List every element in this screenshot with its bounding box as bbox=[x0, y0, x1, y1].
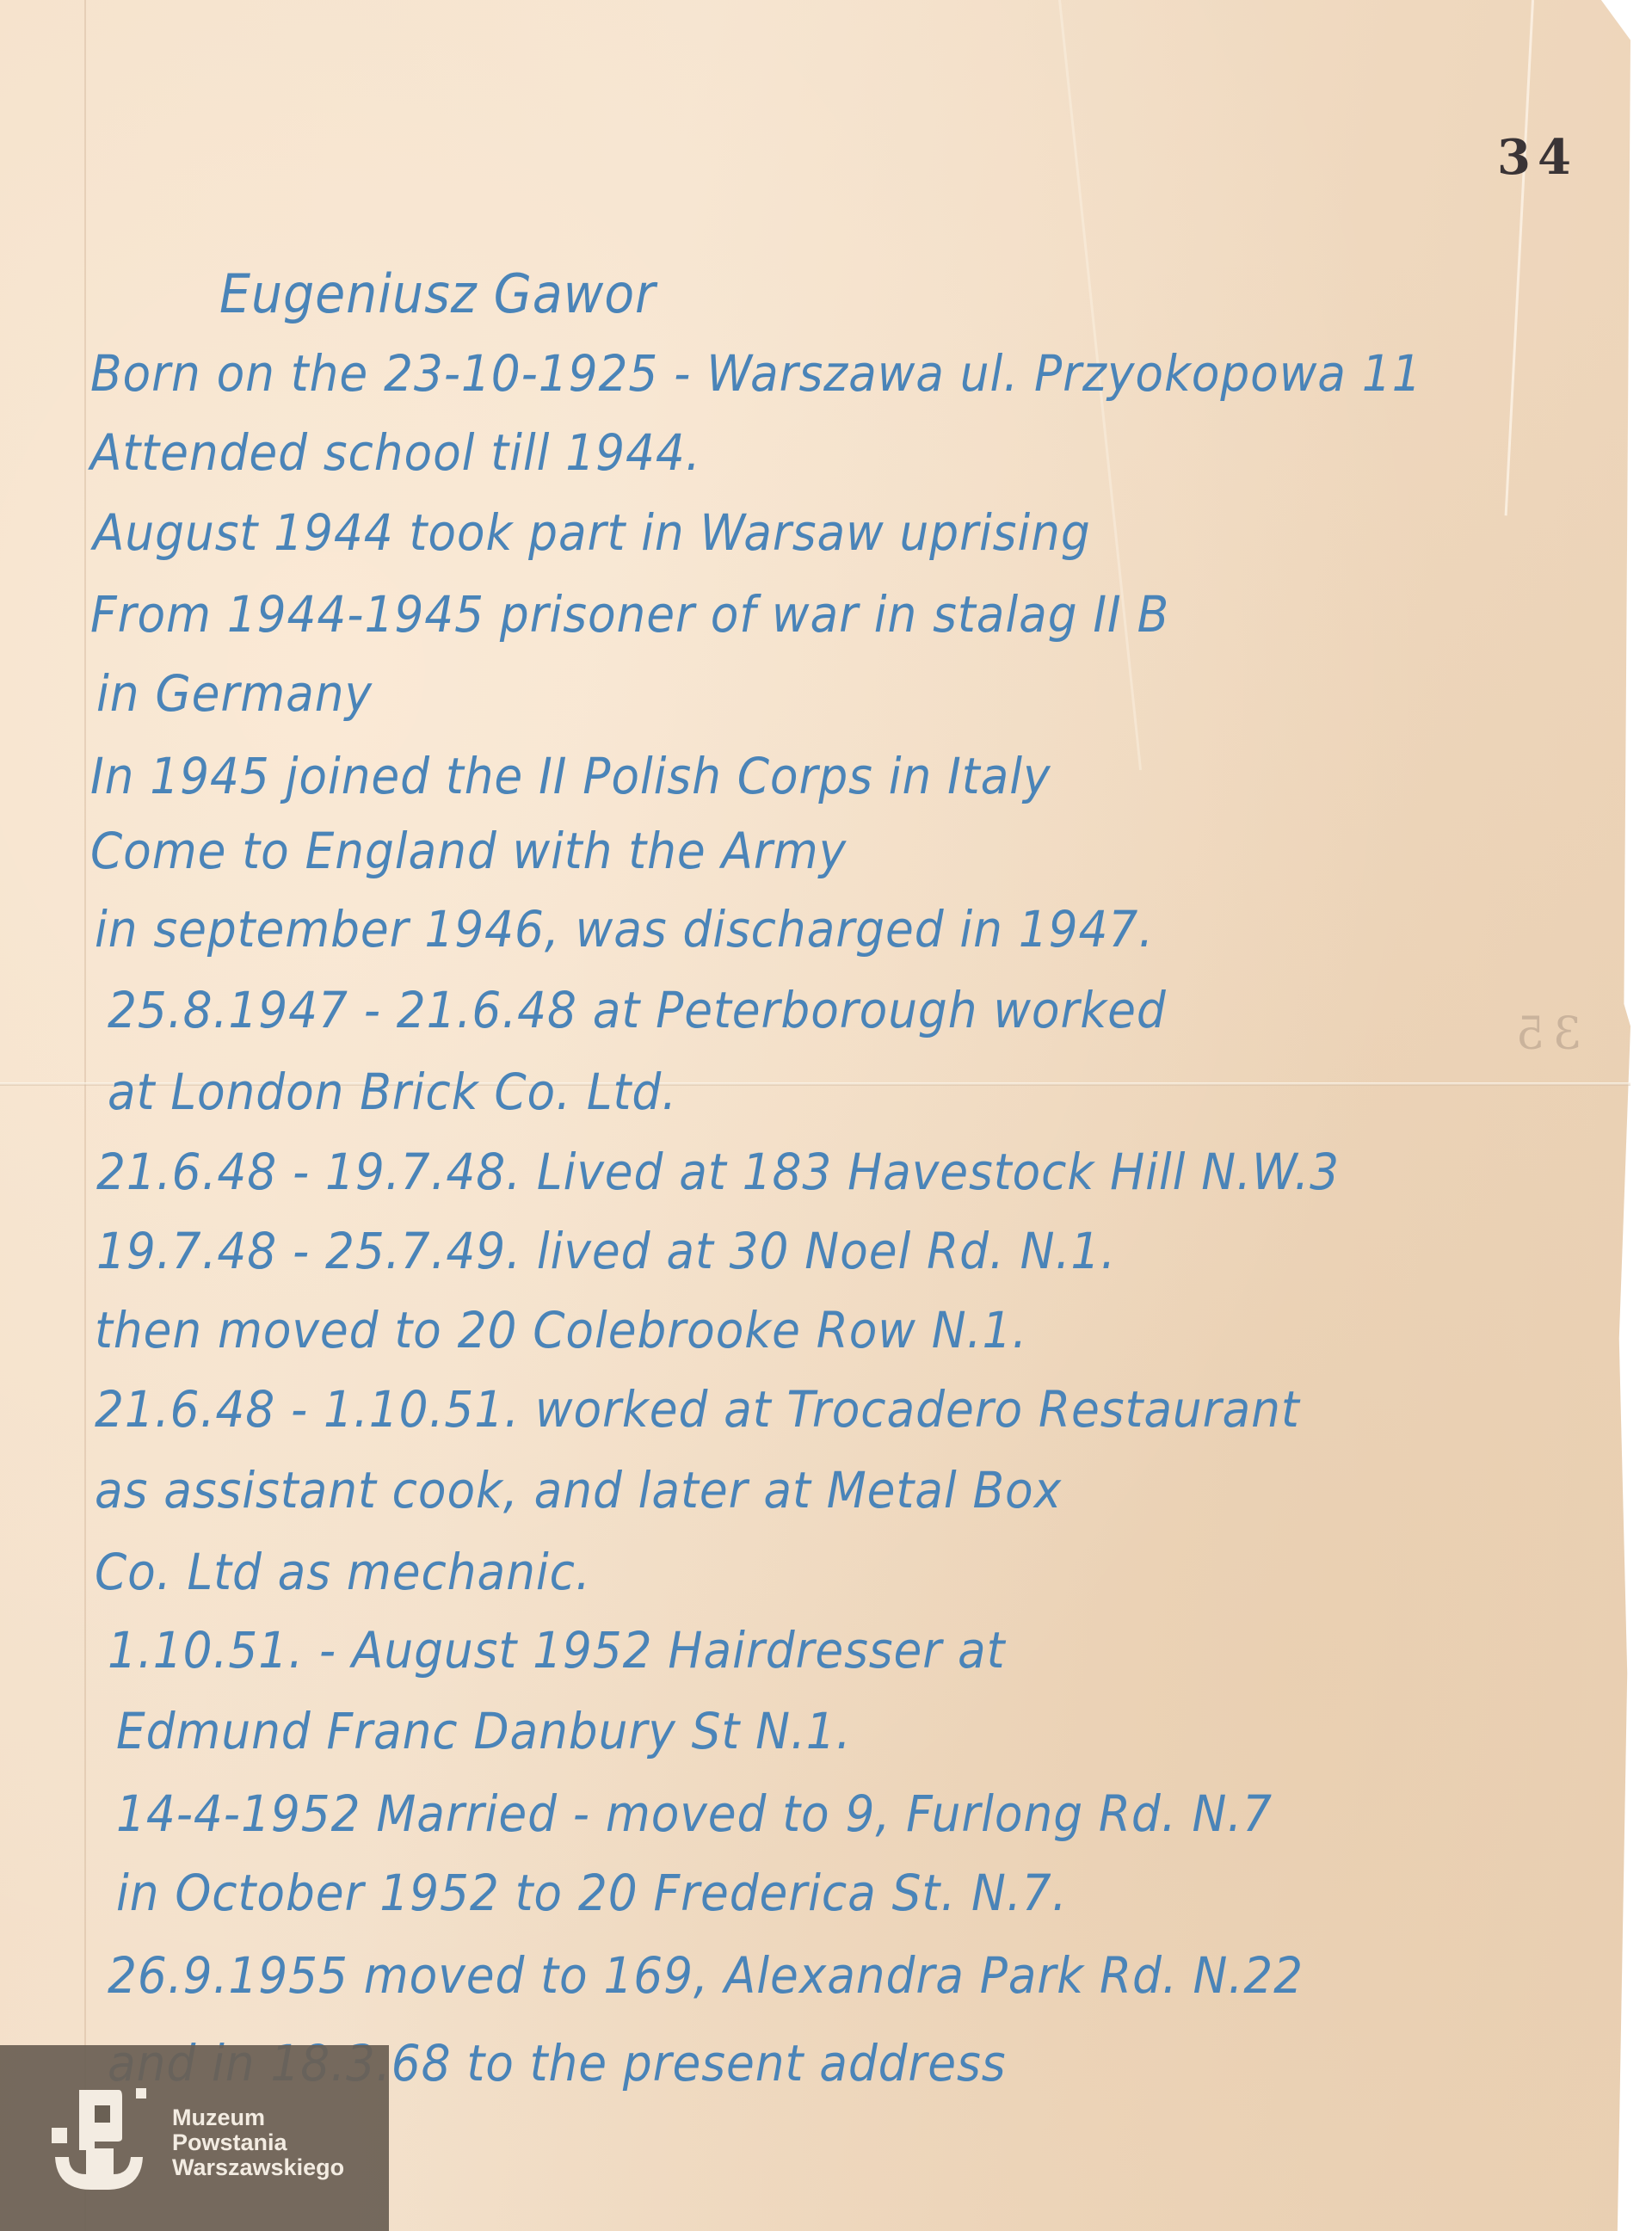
text-line-5: in Germany bbox=[96, 664, 373, 723]
paper-edge-crease bbox=[84, 0, 86, 2231]
text-line-10: at London Brick Co. Ltd. bbox=[108, 1063, 677, 1121]
text-line-11: 21.6.48 - 19.7.48. Lived at 183 Havestoc… bbox=[96, 1143, 1340, 1201]
text-line-15: as assistant cook, and later at Metal Bo… bbox=[95, 1461, 1062, 1519]
text-line-7: Come to England with the Army bbox=[90, 822, 847, 880]
text-line-21: 26.9.1955 moved to 169, Alexandra Park R… bbox=[108, 1946, 1304, 2005]
text-line-9: 25.8.1947 - 21.6.48 at Peterborough work… bbox=[108, 981, 1167, 1039]
text-line-13: then moved to 20 Colebrooke Row N.1. bbox=[95, 1301, 1027, 1359]
text-line-12: 19.7.48 - 25.7.49. lived at 30 Noel Rd. … bbox=[96, 1222, 1116, 1280]
text-line-14: 21.6.48 - 1.10.51. worked at Trocadero R… bbox=[95, 1380, 1300, 1439]
museum-name-line-1: Muzeum bbox=[172, 2105, 344, 2130]
text-line-16: Co. Ltd as mechanic. bbox=[95, 1543, 591, 1601]
text-line-2: Attended school till 1944. bbox=[90, 423, 701, 482]
museum-watermark: Muzeum Powstania Warszawskiego bbox=[0, 2045, 389, 2231]
museum-name-line-2: Powstania bbox=[172, 2130, 344, 2155]
document-title: Eugeniusz Gawor bbox=[219, 262, 656, 325]
page-number: 34 bbox=[1497, 129, 1578, 186]
museum-name: Muzeum Powstania Warszawskiego bbox=[172, 2105, 344, 2180]
text-line-4: From 1944-1945 prisoner of war in stalag… bbox=[90, 585, 1169, 644]
museum-name-line-3: Warszawskiego bbox=[172, 2155, 344, 2180]
text-line-20: in October 1952 to 20 Frederica St. N.7. bbox=[116, 1864, 1067, 1922]
text-line-8: in september 1946, was discharged in 194… bbox=[95, 900, 1154, 958]
text-line-6: In 1945 joined the II Polish Corps in It… bbox=[90, 747, 1051, 805]
text-line-17: 1.10.51. - August 1952 Hairdresser at bbox=[108, 1621, 1005, 1679]
text-line-18: Edmund Franc Danbury St N.1. bbox=[116, 1702, 852, 1760]
text-line-3: August 1944 took part in Warsaw uprising bbox=[93, 503, 1091, 562]
kotwica-anchor-icon bbox=[52, 2088, 146, 2191]
bleed-through-page-number: 35 bbox=[1507, 1008, 1581, 1060]
text-line-19: 14-4-1952 Married - moved to 9, Furlong … bbox=[116, 1784, 1273, 1843]
text-line-1: Born on the 23-10-1925 - Warszawa ul. Pr… bbox=[90, 344, 1422, 403]
